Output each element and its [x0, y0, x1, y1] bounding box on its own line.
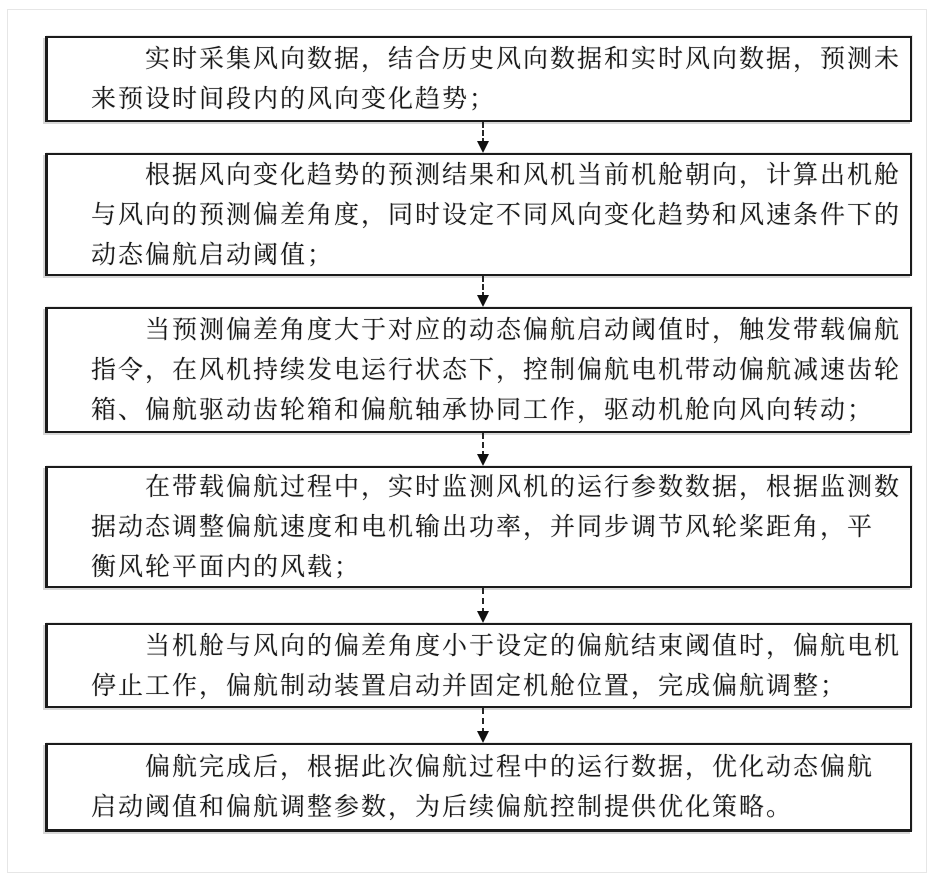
- flow-step-1: 实时采集风向数据，结合历史风向数据和实时风向数据，预测未 来预设时间段内的风向变…: [45, 36, 912, 122]
- flow-step-1-text-line-2: 来预设时间段内的风向变化趋势；: [91, 79, 890, 119]
- flow-step-5-text-line-2: 停止工作，偏航制动装置启动并固定机舱位置，完成偏航调整；: [91, 666, 890, 706]
- flow-connector-5: [476, 708, 490, 743]
- flow-step-2-text-line-3: 动态偏航启动阈值；: [91, 235, 890, 275]
- flow-step-6: 偏航完成后，根据此次偏航过程中的运行数据，优化动态偏航 启动阈值和偏航调整参数，…: [45, 743, 912, 832]
- flow-connector-3: [476, 433, 490, 466]
- flow-connector-4: [476, 588, 490, 623]
- flow-connector-1: [476, 122, 490, 153]
- flow-step-4: 在带载偏航过程中，实时监测风机的运行参数数据，根据监测数 据动态调整偏航速度和电…: [45, 466, 912, 588]
- flow-step-3-text-line-2: 指令，在风机持续发电运行状态下，控制偏航电机带动偏航减速齿轮: [91, 350, 890, 390]
- flow-step-3-text-line-3: 箱、偏航驱动齿轮箱和偏航轴承协同工作，驱动机舱向风向转动；: [91, 390, 890, 430]
- flow-step-6-text-line-1: 偏航完成后，根据此次偏航过程中的运行数据，优化动态偏航: [91, 747, 890, 787]
- arrow-down-icon: [477, 454, 489, 466]
- flow-step-3-text-line-1: 当预测偏差角度大于对应的动态偏航启动阈值时，触发带载偏航: [91, 310, 890, 350]
- flow-step-5-text-line-1: 当机舱与风向的偏差角度小于设定的偏航结束阈值时，偏航电机: [91, 626, 890, 666]
- flow-step-3: 当预测偏差角度大于对应的动态偏航启动阈值时，触发带载偏航 指令，在风机持续发电运…: [45, 307, 912, 433]
- flow-step-4-text-line-2: 据动态调整偏航速度和电机输出功率，并同步调节风轮桨距角，平: [91, 507, 890, 547]
- arrow-down-icon: [477, 141, 489, 153]
- arrow-down-icon: [477, 611, 489, 623]
- flow-step-4-text-line-3: 衡风轮平面内的风载；: [91, 547, 890, 587]
- flow-step-1-text-line-1: 实时采集风向数据，结合历史风向数据和实时风向数据，预测未: [91, 39, 890, 79]
- arrow-down-icon: [477, 731, 489, 743]
- flow-step-2-text-line-2: 与风向的预测偏差角度，同时设定不同风向变化趋势和风速条件下的: [91, 195, 890, 235]
- flow-step-5: 当机舱与风向的偏差角度小于设定的偏航结束阈值时，偏航电机 停止工作，偏航制动装置…: [45, 623, 912, 708]
- flow-step-6-text-line-2: 启动阈值和偏航调整参数，为后续偏航控制提供优化策略。: [91, 787, 890, 827]
- flow-connector-2: [476, 276, 490, 307]
- flowchart-figure: 实时采集风向数据，结合历史风向数据和实时风向数据，预测未 来预设时间段内的风向变…: [0, 0, 936, 885]
- flow-step-2: 根据风向变化趋势的预测结果和风机当前机舱朝向，计算出机舱 与风向的预测偏差角度，…: [45, 153, 912, 276]
- flow-step-4-text-line-1: 在带载偏航过程中，实时监测风机的运行参数数据，根据监测数: [91, 467, 890, 507]
- flow-step-2-text-line-1: 根据风向变化趋势的预测结果和风机当前机舱朝向，计算出机舱: [91, 155, 890, 195]
- arrow-down-icon: [477, 295, 489, 307]
